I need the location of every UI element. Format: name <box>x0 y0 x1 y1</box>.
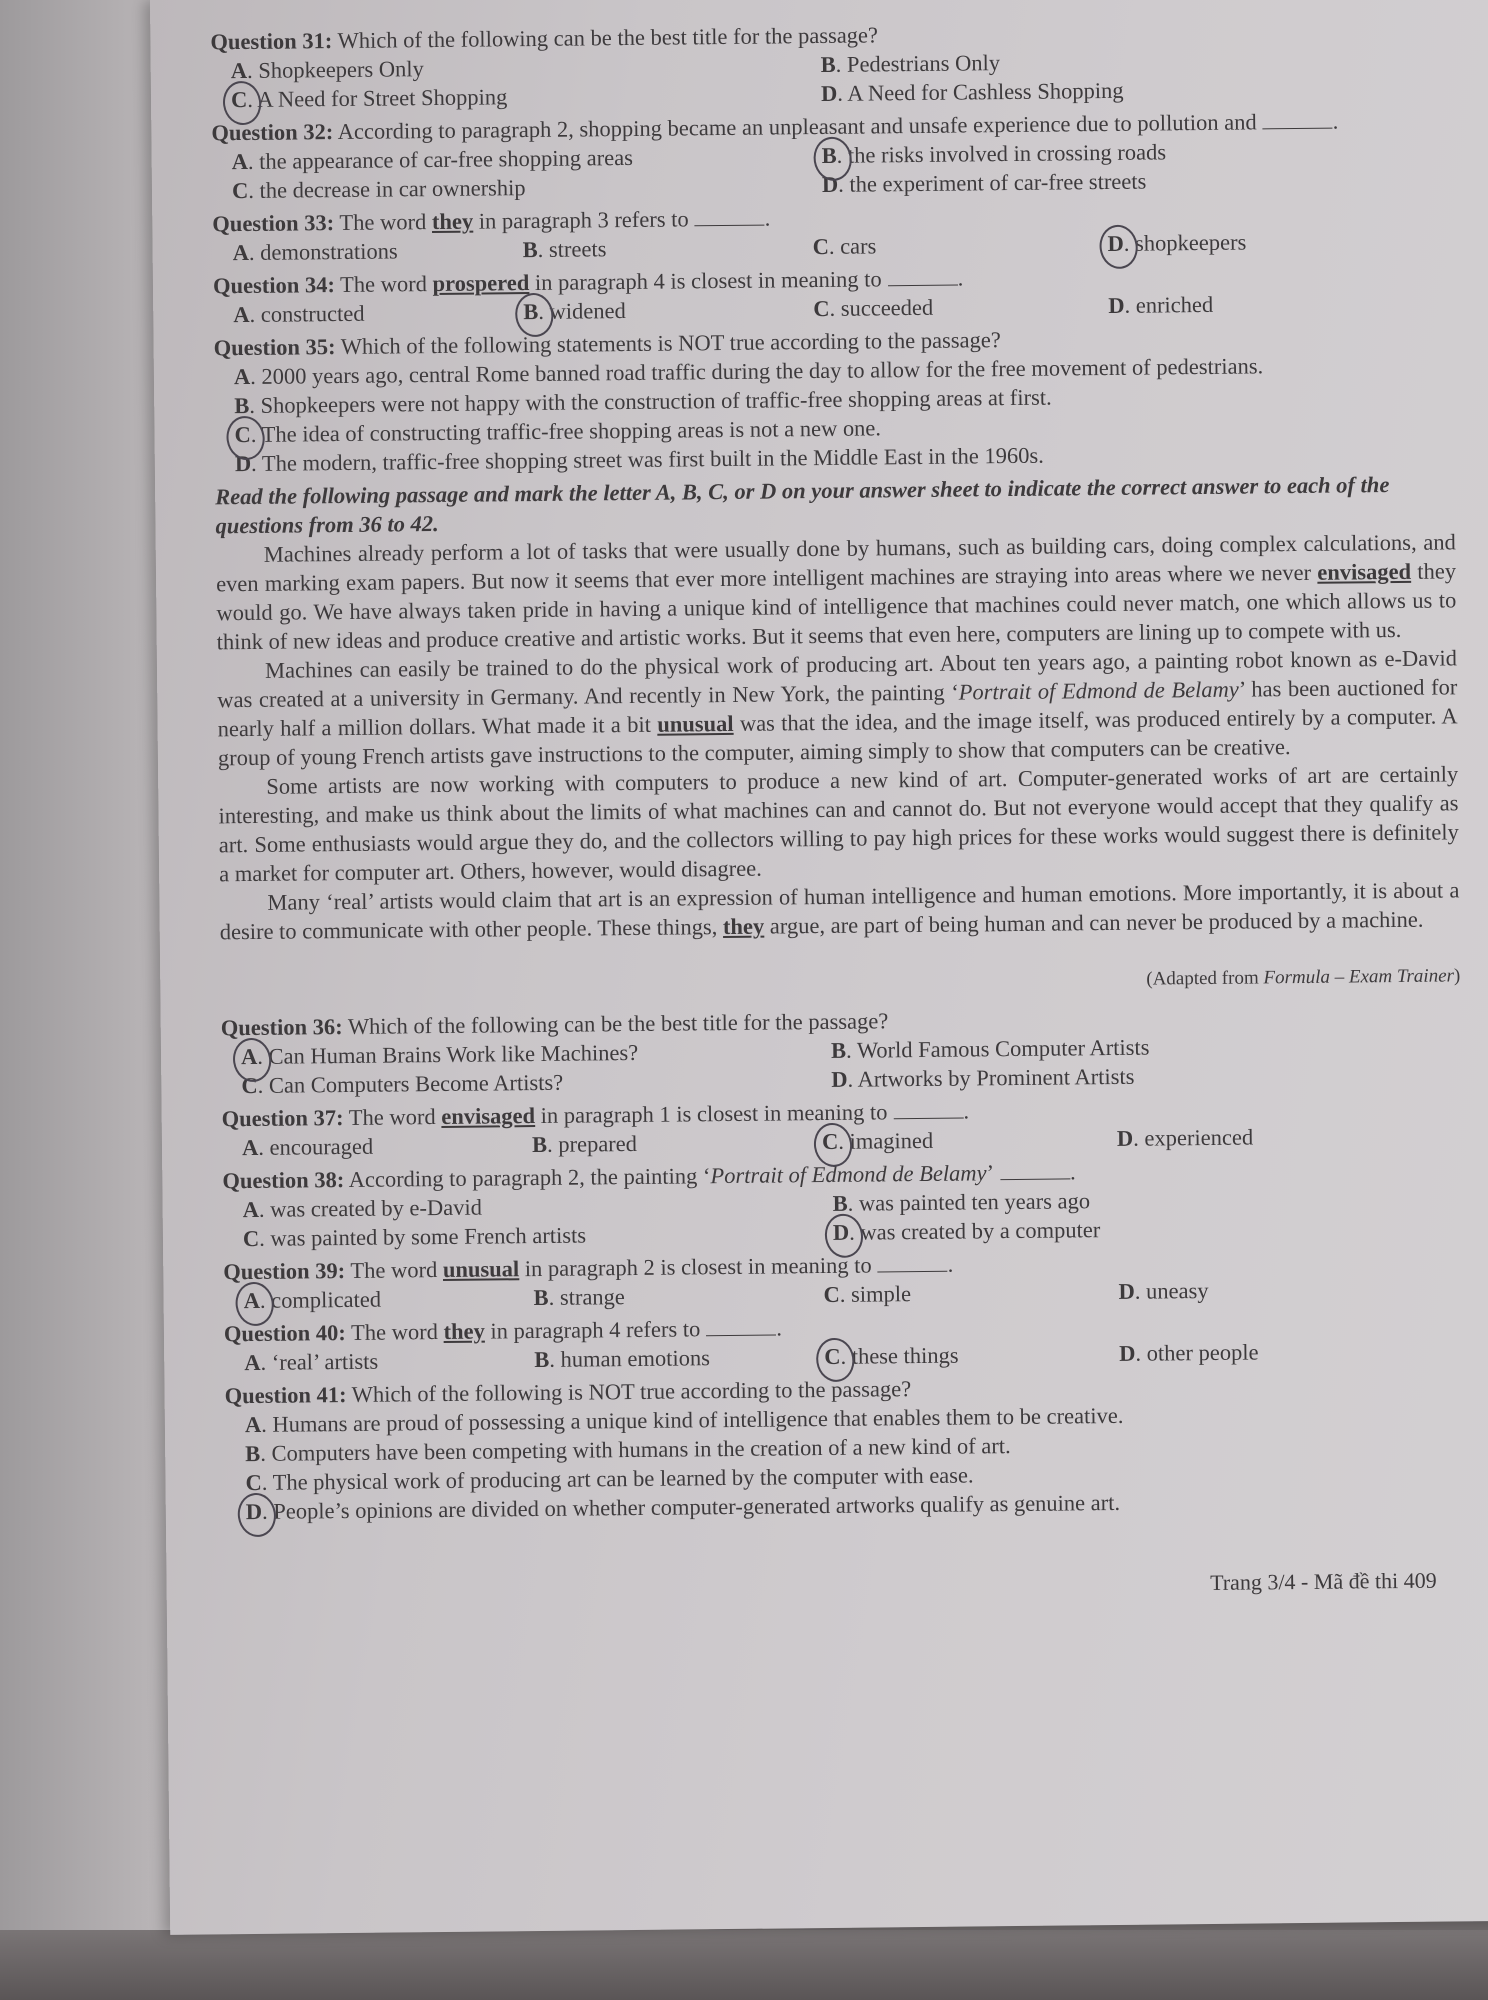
stem-text: The word <box>350 1257 443 1283</box>
answer-text: human emotions <box>560 1345 710 1372</box>
answer-text: strange <box>560 1284 625 1310</box>
answer-options: A. Humans are proud of possessing a uniq… <box>225 1397 1466 1526</box>
question: Question 40: The word they in paragraph … <box>224 1306 1465 1377</box>
answer-text: World Famous Computer Artists <box>857 1035 1150 1063</box>
stem-text: in paragraph 4 refers to <box>485 1316 701 1343</box>
answer-text: Pedestrians Only <box>847 50 1000 77</box>
answer-text: streets <box>549 236 607 262</box>
answer-option-d[interactable]: D. enriched <box>1108 288 1388 320</box>
answer-text: was painted by some French artists <box>270 1223 586 1251</box>
answer-text: The modern, traffic-free shopping street… <box>262 443 1044 476</box>
answer-option-c[interactable]: C. was painted by some French artists <box>243 1218 833 1253</box>
answer-text: imagined <box>849 1128 933 1154</box>
answer-text: constructed <box>261 301 365 327</box>
answer-blank <box>695 225 765 227</box>
question-number: Question 35: <box>214 334 336 360</box>
answer-letter: B <box>533 1285 548 1310</box>
answer-text: the decrease in car ownership <box>259 175 525 203</box>
answer-letter: B <box>831 1038 846 1063</box>
answer-letter: B <box>234 393 249 418</box>
answer-letter: C <box>232 178 249 203</box>
answer-text: Artworks by Prominent Artists <box>857 1064 1134 1092</box>
answer-letter: B <box>833 1191 848 1216</box>
answer-letter: D <box>1118 1279 1135 1304</box>
answer-text: widened <box>549 298 625 324</box>
stem-text: in paragraph 4 is closest in meaning to <box>529 266 882 295</box>
stem-text: in paragraph 2 is closest in meaning to <box>519 1253 872 1282</box>
stem-text: in paragraph 3 refers to <box>473 206 689 233</box>
answer-option-c[interactable]: C. these things <box>824 1339 1119 1371</box>
background-bottom <box>0 1930 1488 2000</box>
exam-page: Question 31: Which of the following can … <box>150 0 1488 1935</box>
answer-options: A. Can Human Brains Work like Machines?B… <box>221 1029 1462 1100</box>
answer-option-b[interactable]: B. strange <box>533 1280 823 1312</box>
question-number: Question 36: <box>221 1014 343 1040</box>
circled-answer-letter: B <box>822 143 837 168</box>
circled-answer-letter: C <box>231 87 248 112</box>
answer-option-d[interactable]: D. shopkeepers <box>1107 226 1387 258</box>
page-footer: Trang 3/4 - Mã đề thi 409 <box>227 1565 1467 1607</box>
questions-36-41: Question 36: Which of the following can … <box>221 1000 1466 1526</box>
stem-text: The word <box>351 1319 444 1345</box>
answer-text: was created by a computer <box>860 1217 1100 1245</box>
answer-options: A. 2000 years ago, central Rome banned r… <box>214 349 1455 478</box>
answer-option-c[interactable]: C. the decrease in car ownership <box>232 170 822 205</box>
answer-text: the experiment of car-free streets <box>849 169 1146 197</box>
answer-option-c[interactable]: C. A Need for Street Shopping <box>231 79 821 114</box>
stem-text: The word <box>349 1104 442 1130</box>
exam-content: Question 31: Which of the following can … <box>210 10 1467 1607</box>
answer-text: prepared <box>558 1131 637 1157</box>
answer-text: succeeded <box>841 295 934 321</box>
answer-text: shopkeepers <box>1135 230 1246 256</box>
question-number: Question 37: <box>222 1105 344 1131</box>
answer-option-b[interactable]: B. human emotions <box>534 1342 824 1374</box>
answer-text: Can Computers Become Artists? <box>269 1070 564 1098</box>
question-number: Question 38: <box>222 1167 344 1193</box>
circled-answer-letter: D <box>246 1499 263 1524</box>
answer-text: Shopkeepers Only <box>258 56 424 83</box>
stem-text: The word <box>339 209 432 235</box>
question-number: Question 41: <box>224 1382 346 1408</box>
answer-letter: A <box>232 149 249 174</box>
keyword: they <box>432 209 474 234</box>
questions-31-35: Question 31: Which of the following can … <box>210 14 1455 478</box>
answer-text: was created by e-David <box>270 1195 482 1222</box>
answer-text: other people <box>1147 1339 1259 1365</box>
passage-paragraph: Some artists are now working with comput… <box>218 759 1459 888</box>
answer-option-c[interactable]: C. succeeded <box>813 291 1108 323</box>
answer-option-d[interactable]: D. the experiment of car-free streets <box>822 164 1422 199</box>
answer-option-a[interactable]: A. encouraged <box>242 1130 532 1162</box>
circled-answer-letter: C <box>234 422 251 447</box>
circled-answer-letter: B <box>523 299 538 324</box>
answer-letter: B <box>534 1347 549 1372</box>
question: Question 33: The word they in paragraph … <box>212 196 1453 267</box>
stem-text: The word <box>340 271 433 297</box>
answer-text: ‘real’ artists <box>272 1349 379 1375</box>
circled-answer-letter: A <box>243 1288 260 1313</box>
answer-option-d[interactable]: D. Artworks by Prominent Artists <box>831 1059 1431 1094</box>
answer-option-d[interactable]: D. A Need for Cashless Shopping <box>821 73 1421 108</box>
answer-options: A. Shopkeepers OnlyB. Pedestrians OnlyC.… <box>211 43 1452 114</box>
answer-letter: A <box>242 1135 259 1160</box>
answer-option-c[interactable]: C. simple <box>823 1277 1118 1309</box>
answer-options: A. was created by e-DavidB. was painted … <box>223 1182 1464 1253</box>
question-number: Question 31: <box>210 28 332 54</box>
answer-letter: C <box>243 1226 260 1251</box>
answer-letter: A <box>233 240 250 265</box>
highlighted-word: envisaged <box>1317 559 1411 585</box>
stem-text: According to paragraph 2, the painting ‘ <box>349 1163 711 1192</box>
question: Question 36: Which of the following can … <box>221 1000 1462 1100</box>
answer-text: the risks involved in crossing roads <box>848 139 1166 167</box>
answer-text: demonstrations <box>260 238 398 264</box>
question: Question 32: According to paragraph 2, s… <box>211 105 1452 205</box>
answer-option-d[interactable]: D. experienced <box>1117 1121 1397 1153</box>
answer-blank <box>888 285 958 287</box>
question-number: Question 32: <box>211 119 333 145</box>
answer-text: Can Human Brains Work like Machines? <box>268 1040 638 1069</box>
highlighted-word: unusual <box>657 711 734 737</box>
question-number: Question 33: <box>212 210 334 236</box>
answer-text: cars <box>840 233 876 258</box>
passage-paragraph: Many ‘real’ artists would claim that art… <box>219 875 1460 946</box>
answer-letter: A <box>245 1412 262 1437</box>
circled-answer-letter: A <box>241 1044 258 1069</box>
answer-option-a[interactable]: A. constructed <box>233 297 523 329</box>
answer-letter: C <box>245 1470 262 1495</box>
answer-text: was painted ten years ago <box>859 1188 1090 1215</box>
circled-answer-letter: D <box>833 1220 850 1245</box>
answer-text: experienced <box>1144 1125 1253 1151</box>
question: Question 35: Which of the following stat… <box>213 320 1454 478</box>
answer-letter: A <box>244 1350 261 1375</box>
answer-text: People’s opinions are divided on whether… <box>273 1490 1120 1524</box>
circled-answer-letter: C <box>824 1344 841 1369</box>
keyword: unusual <box>443 1256 520 1282</box>
stem-text: Which of the following is NOT true accor… <box>352 1376 912 1407</box>
question-number: Question 39: <box>223 1258 345 1284</box>
stem-text: Which of the following can be the best t… <box>348 1008 889 1039</box>
answer-option-d[interactable]: D. uneasy <box>1118 1274 1398 1306</box>
painting-title: Portrait of Edmond de Belamy <box>710 1160 986 1188</box>
answer-letter: D <box>1117 1126 1134 1151</box>
keyword: prospered <box>432 270 529 296</box>
answer-text: the appearance of car-free shopping area… <box>259 145 633 174</box>
answer-letter: B <box>245 1441 260 1466</box>
answer-option-d[interactable]: D. other people <box>1119 1336 1399 1368</box>
answer-option-a[interactable]: A. demonstrations <box>232 235 522 267</box>
answer-letter: B <box>523 237 538 262</box>
answer-option-c[interactable]: C. imagined <box>822 1124 1117 1156</box>
question: Question 41: Which of the following is N… <box>224 1368 1465 1526</box>
circled-answer-letter: C <box>822 1129 839 1154</box>
circled-answer-letter: D <box>1107 231 1124 256</box>
answer-text: encouraged <box>269 1134 373 1160</box>
answer-letter: A <box>231 58 248 83</box>
answer-option-c[interactable]: C. Can Computers Become Artists? <box>241 1065 831 1100</box>
answer-text: uneasy <box>1146 1278 1209 1304</box>
answer-letter: D <box>821 81 838 106</box>
answer-letter: A <box>234 364 251 389</box>
answer-letter: A <box>233 302 250 327</box>
reading-passage: Machines already perform a lot of tasks … <box>216 527 1460 946</box>
answer-letter: C <box>812 234 829 259</box>
painting-title: Portrait of Edmond de Belamy <box>959 677 1239 705</box>
answer-option-b[interactable]: B. streets <box>522 232 812 264</box>
answer-letter: D <box>1108 293 1125 318</box>
answer-letter: C <box>813 296 830 321</box>
highlighted-word: they <box>723 914 765 939</box>
answer-option-a[interactable]: A. complicated <box>243 1283 533 1315</box>
answer-letter: A <box>243 1197 260 1222</box>
passage-paragraph: Machines already perform a lot of tasks … <box>216 527 1457 656</box>
keyword: envisaged <box>441 1103 535 1129</box>
passage-paragraph: Machines can easily be trained to do the… <box>217 643 1458 772</box>
keyword: they <box>443 1319 485 1344</box>
stem-text: ’ <box>986 1160 994 1185</box>
answer-text: simple <box>851 1281 911 1307</box>
answer-option-b[interactable]: B. widened <box>523 294 813 326</box>
answer-option-d[interactable]: D. was created by a computer <box>833 1212 1433 1247</box>
answer-letter: D <box>1119 1341 1136 1366</box>
answer-blank <box>706 1335 776 1337</box>
question-number: Question 40: <box>224 1320 346 1346</box>
answer-letter: C <box>823 1282 840 1307</box>
answer-letter: B <box>821 52 836 77</box>
answer-option-a[interactable]: A. ‘real’ artists <box>244 1345 534 1377</box>
answer-text: A Need for Cashless Shopping <box>847 78 1123 106</box>
question: Question 38: According to paragraph 2, t… <box>222 1153 1463 1253</box>
question: Question 31: Which of the following can … <box>210 14 1451 114</box>
question: Question 37: The word envisaged in parag… <box>222 1091 1463 1162</box>
answer-blank <box>878 1271 948 1273</box>
answer-option-c[interactable]: C. cars <box>812 229 1107 261</box>
passage-source: (Adapted from Formula – Exam Trainer) <box>220 961 1460 1003</box>
answer-letter: B <box>532 1132 547 1157</box>
answer-text: complicated <box>271 1287 381 1313</box>
answer-text: The idea of constructing traffic-free sh… <box>262 415 882 446</box>
answer-text: these things <box>852 1343 959 1369</box>
answer-blank <box>894 1118 964 1120</box>
answer-text: A Need for Street Shopping <box>257 84 507 112</box>
answer-text: enriched <box>1136 292 1214 318</box>
answer-blank <box>1263 128 1333 130</box>
answer-options: A. the appearance of car-free shopping a… <box>212 134 1453 205</box>
answer-letter: D <box>831 1067 848 1092</box>
question: Question 34: The word prospered in parag… <box>213 258 1454 329</box>
answer-blank <box>1000 1178 1070 1180</box>
stem-text: Which of the following can be the best t… <box>337 22 878 53</box>
question-number: Question 34: <box>213 272 335 298</box>
answer-option-b[interactable]: B. prepared <box>532 1127 822 1159</box>
